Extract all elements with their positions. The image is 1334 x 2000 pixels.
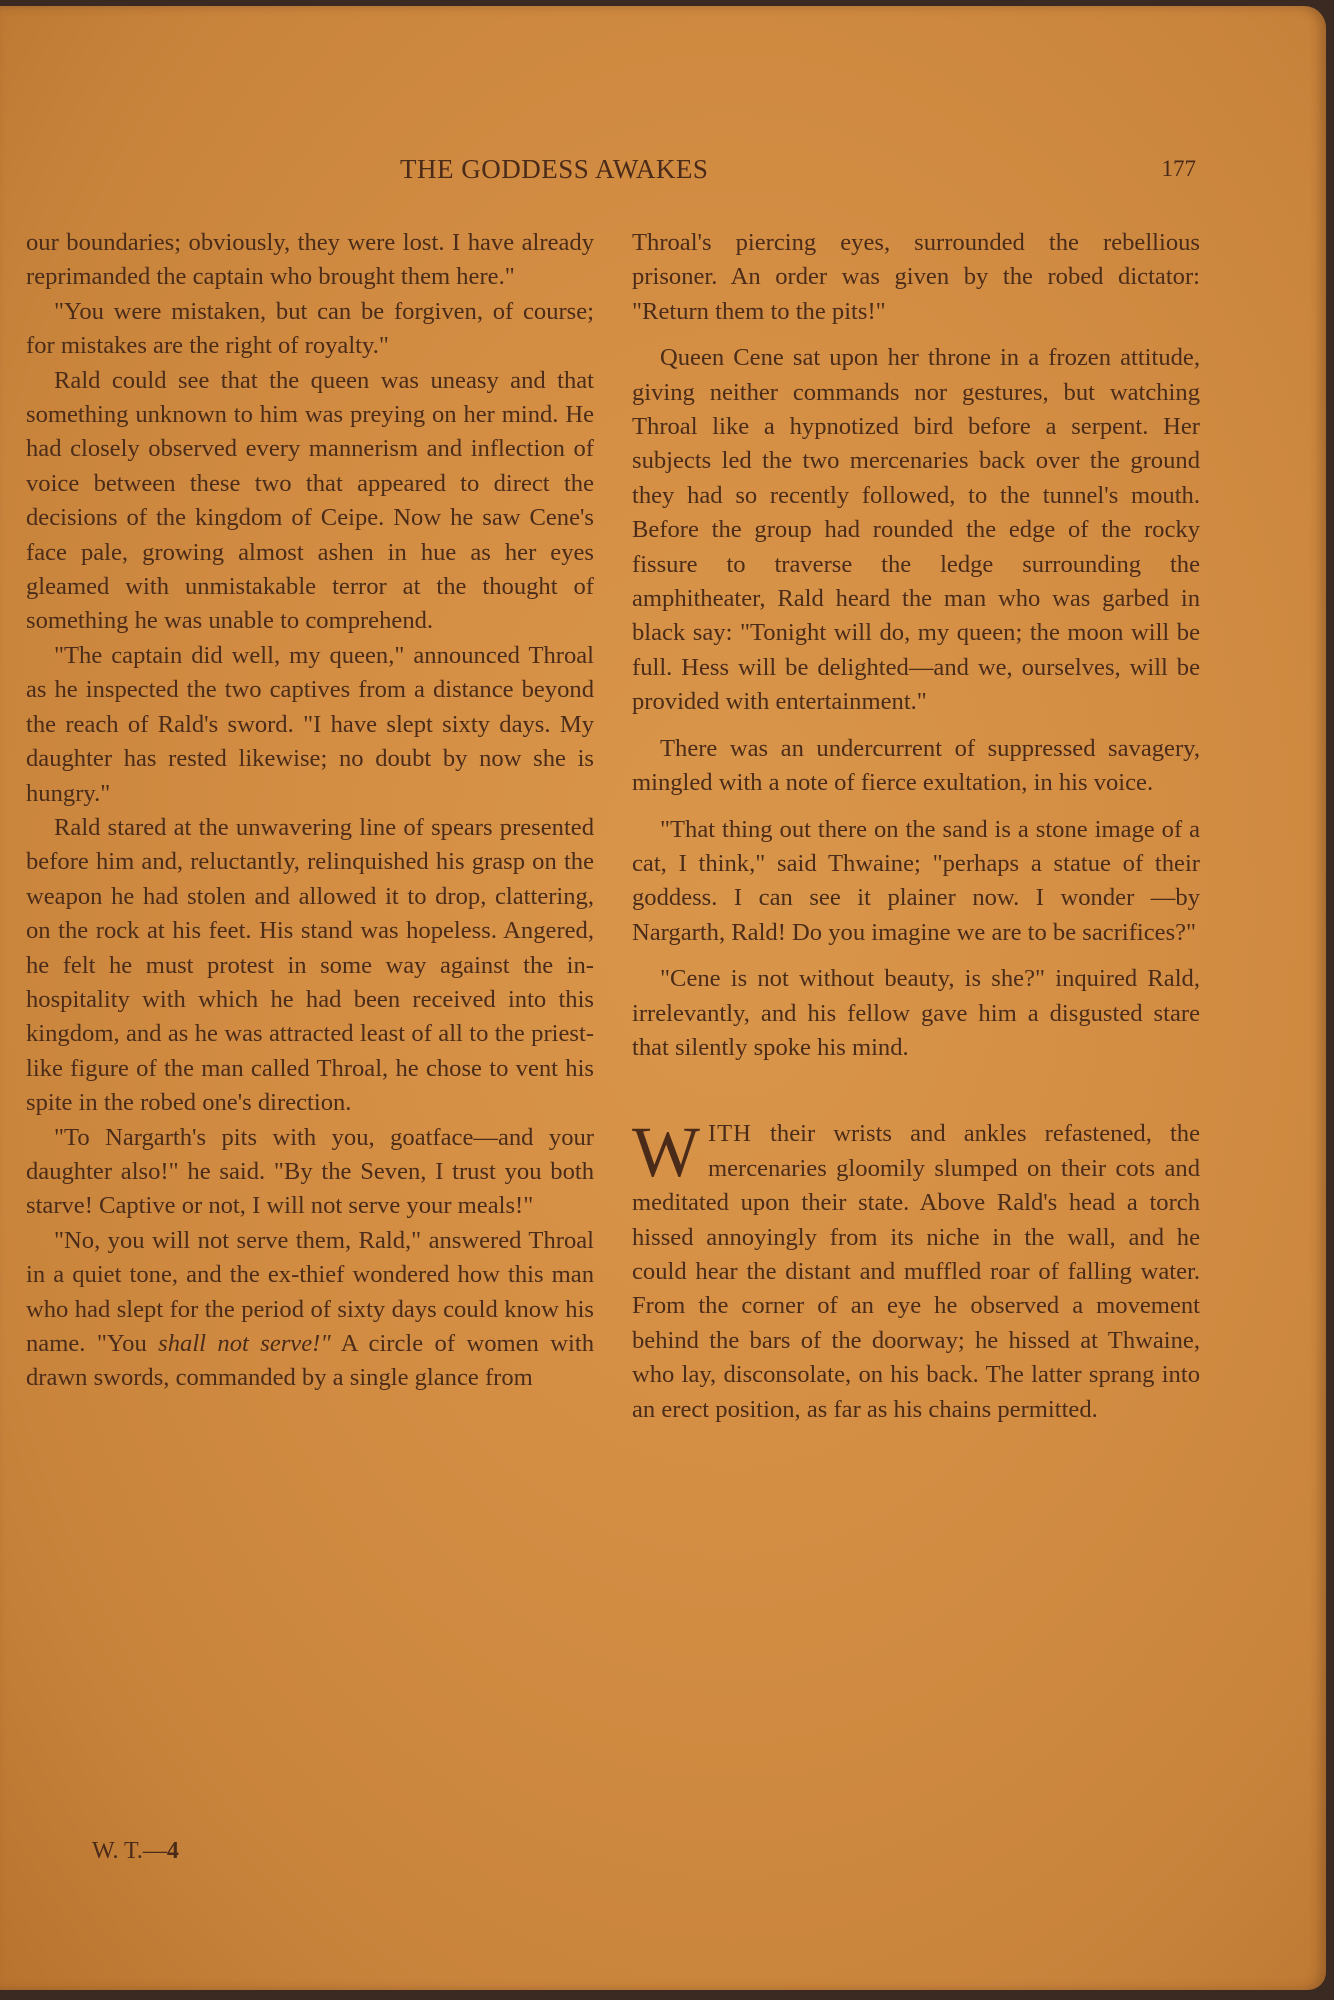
- paragraph: "To Nargarth's pits with you, goat­face—…: [26, 1121, 594, 1224]
- paragraph: our boundaries; obviously, they were los…: [26, 226, 594, 295]
- paragraph: Rald stared at the unwavering line of sp…: [26, 811, 594, 1121]
- paragraph: Throal's piercing eyes, surrounded the r…: [632, 226, 1200, 329]
- right-column: Throal's piercing eyes, surrounded the r…: [632, 226, 1200, 1427]
- paragraph: Rald could see that the queen was un­eas…: [26, 364, 594, 639]
- signature-number: 4: [167, 1838, 179, 1864]
- running-head: THE GODDESS AWAKES 177: [400, 154, 1196, 194]
- signature-prefix: W. T.—: [92, 1838, 167, 1864]
- paragraph: Queen Cene sat upon her throne in a froz…: [632, 341, 1200, 719]
- text-run: their wrists and ankles refast­ened, the…: [632, 1120, 1200, 1422]
- book-page: THE GODDESS AWAKES 177 our boundaries; o…: [0, 6, 1326, 1990]
- paragraph: "That thing out there on the sand is a s…: [632, 813, 1200, 951]
- paragraph: "No, you will not serve them, Rald," ans…: [26, 1224, 594, 1396]
- page-number: 177: [1162, 156, 1197, 182]
- paragraph: "The captain did well, my queen," an­nou…: [26, 639, 594, 811]
- paragraph: There was an undercurrent of sup­pressed…: [632, 732, 1200, 801]
- italic-emphasis: shall not serve!": [158, 1330, 331, 1357]
- small-caps-lead: ITH: [708, 1120, 752, 1147]
- drop-cap: W: [632, 1123, 700, 1181]
- paragraph: "Cene is not without beauty, is she?" in…: [632, 962, 1200, 1065]
- running-title: THE GODDESS AWAKES: [400, 154, 708, 185]
- left-column: our boundaries; obviously, they were los…: [26, 226, 594, 1396]
- signature-mark: W. T.—4: [92, 1838, 179, 1865]
- section-opening-paragraph: WITH their wrists and ankles refast­ened…: [632, 1117, 1200, 1427]
- paragraph: "You were mistaken, but can be for­given…: [26, 295, 594, 364]
